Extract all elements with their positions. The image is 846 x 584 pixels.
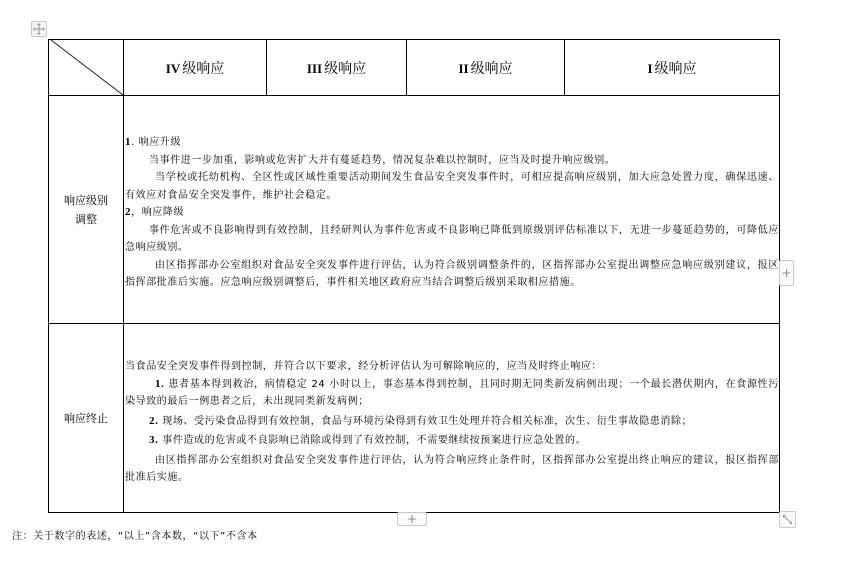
row-label-cell[interactable]: 响应级别 调整 xyxy=(49,96,124,324)
paragraph-text: 当学校或托幼机构、全区性或区域性重要活动期间发生食品安全突发事件时，可相应提高响… xyxy=(125,172,779,201)
paragraph-text: 由区指挥部办公室组织对食品安全突发事件进行评估，认为符合响应终止条件时，区指挥部… xyxy=(125,455,779,484)
paragraph-text: ，响应降级 xyxy=(131,207,184,218)
table-move-handle[interactable] xyxy=(31,21,47,37)
plus-icon: + xyxy=(781,266,791,280)
table-row-level-adjustment: 响应级别 调整 1. 响应升级 当事件进一步加重，影响或危害扩大并有蔓延趋势，情… xyxy=(49,96,780,324)
roman-numeral: III xyxy=(307,61,322,76)
paragraph-text: 事件危害或不良影响得到有效控制，且经研判认为事件危害或不良影响已降低到原级别评估… xyxy=(125,225,779,254)
paragraph: 由区指挥部办公室组织对食品安全突发事件进行评估，认为符合响应终止条件时，区指挥部… xyxy=(125,452,779,487)
footnote: 注：关于数字的表述，“以上”含本数，“以下”不含本 xyxy=(12,527,258,542)
header-cell-level-2[interactable]: II级响应 xyxy=(407,40,565,96)
roman-numeral: IV xyxy=(166,61,180,76)
plus-icon: + xyxy=(407,513,417,525)
paragraph: 1. 响应升级 xyxy=(125,134,779,152)
header-cell-level-3[interactable]: III级响应 xyxy=(267,40,407,96)
paragraph: 当食品安全突发事件得到控制，并符合以下要求，经分析评估认为可解除响应的，应当及时… xyxy=(125,358,779,376)
paragraph: 当事件进一步加重，影响或危害扩大并有蔓延趋势，情况复杂难以控制时，应当及时提升响… xyxy=(125,152,779,170)
table-resize-handle[interactable] xyxy=(779,511,796,528)
table-row-response-termination: 响应终止 当食品安全突发事件得到控制，并符合以下要求，经分析评估认为可解除响应的… xyxy=(49,324,780,513)
paragraph: 1. 患者基本得到救治，病情稳定 24 小时以上，事态基本得到控制，且同时期无同… xyxy=(125,376,779,411)
add-column-button[interactable]: + xyxy=(779,260,794,286)
resize-diagonal-icon xyxy=(782,514,793,525)
paragraph: 事件危害或不良影响得到有效控制，且经研判认为事件危害或不良影响已降低到原级别评估… xyxy=(125,222,779,257)
paragraph-text: 当事件进一步加重，影响或危害扩大并有蔓延趋势，情况复杂难以控制时，应当及时提升响… xyxy=(149,155,615,166)
response-table: IV级响应 III级响应 II级响应 I级响应 响应级别 调整 1. 响应升级 … xyxy=(48,39,780,513)
header-label: 级响应 xyxy=(182,61,224,77)
header-cell-level-4[interactable]: IV级响应 xyxy=(124,40,267,96)
header-cell-level-1[interactable]: I级响应 xyxy=(565,40,780,96)
paragraph: 3. 事件造成的危害或不良影响已消除或得到了有效控制，不需要继续按预案进行应急处… xyxy=(125,432,779,450)
content-cell[interactable]: 当食品安全突发事件得到控制，并符合以下要求，经分析评估认为可解除响应的，应当及时… xyxy=(124,324,780,513)
paragraph-text: 由区指挥部办公室组织对食品安全突发事件进行评估，认为符合级别调整条件的，区指挥部… xyxy=(125,260,779,289)
paragraph-text: 患者基本得到救治，病情稳定 24 小时以上，事态基本得到控制，且同时期无同类新发… xyxy=(125,379,779,408)
paragraph-text: 当食品安全突发事件得到控制，并符合以下要求，经分析评估认为可解除响应的，应当及时… xyxy=(125,361,602,372)
content-cell[interactable]: 1. 响应升级 当事件进一步加重，影响或危害扩大并有蔓延趋势，情况复杂难以控制时… xyxy=(124,96,780,324)
move-arrows-icon xyxy=(33,23,45,35)
paragraph: 2. 现场、受污染食品得到有效控制，食品与环境污染得到有效卫生处理并符合相关标准… xyxy=(125,413,779,431)
header-row: IV级响应 III级响应 II级响应 I级响应 xyxy=(49,40,780,96)
roman-numeral: I xyxy=(647,61,652,76)
row-label: 响应级别 xyxy=(49,191,123,210)
row-label: 调整 xyxy=(49,210,123,229)
row-label: 响应终止 xyxy=(49,409,123,428)
paragraph: 当学校或托幼机构、全区性或区域性重要活动期间发生食品安全突发事件时，可相应提高响… xyxy=(125,169,779,204)
header-label: 级响应 xyxy=(471,61,513,77)
paragraph-text: . 响应升级 xyxy=(131,137,181,148)
header-label: 级响应 xyxy=(655,61,697,77)
roman-numeral: II xyxy=(458,61,468,76)
paragraph-text: 事件造成的危害或不良影响已消除或得到了有效控制，不需要继续按预案进行应急处置的。 xyxy=(158,435,586,446)
paragraph-text: 现场、受污染食品得到有效控制，食品与环境污染得到有效卫生处理并符合相关标准，次生… xyxy=(158,416,692,427)
row-label-cell[interactable]: 响应终止 xyxy=(49,324,124,513)
header-label: 级响应 xyxy=(324,61,366,77)
diagonal-corner-cell[interactable] xyxy=(49,40,124,96)
paragraph: 由区指挥部办公室组织对食品安全突发事件进行评估，认为符合级别调整条件的，区指挥部… xyxy=(125,257,779,292)
diagonal-line xyxy=(49,40,123,95)
paragraph: 2，响应降级 xyxy=(125,204,779,222)
add-row-button[interactable]: + xyxy=(397,512,427,526)
